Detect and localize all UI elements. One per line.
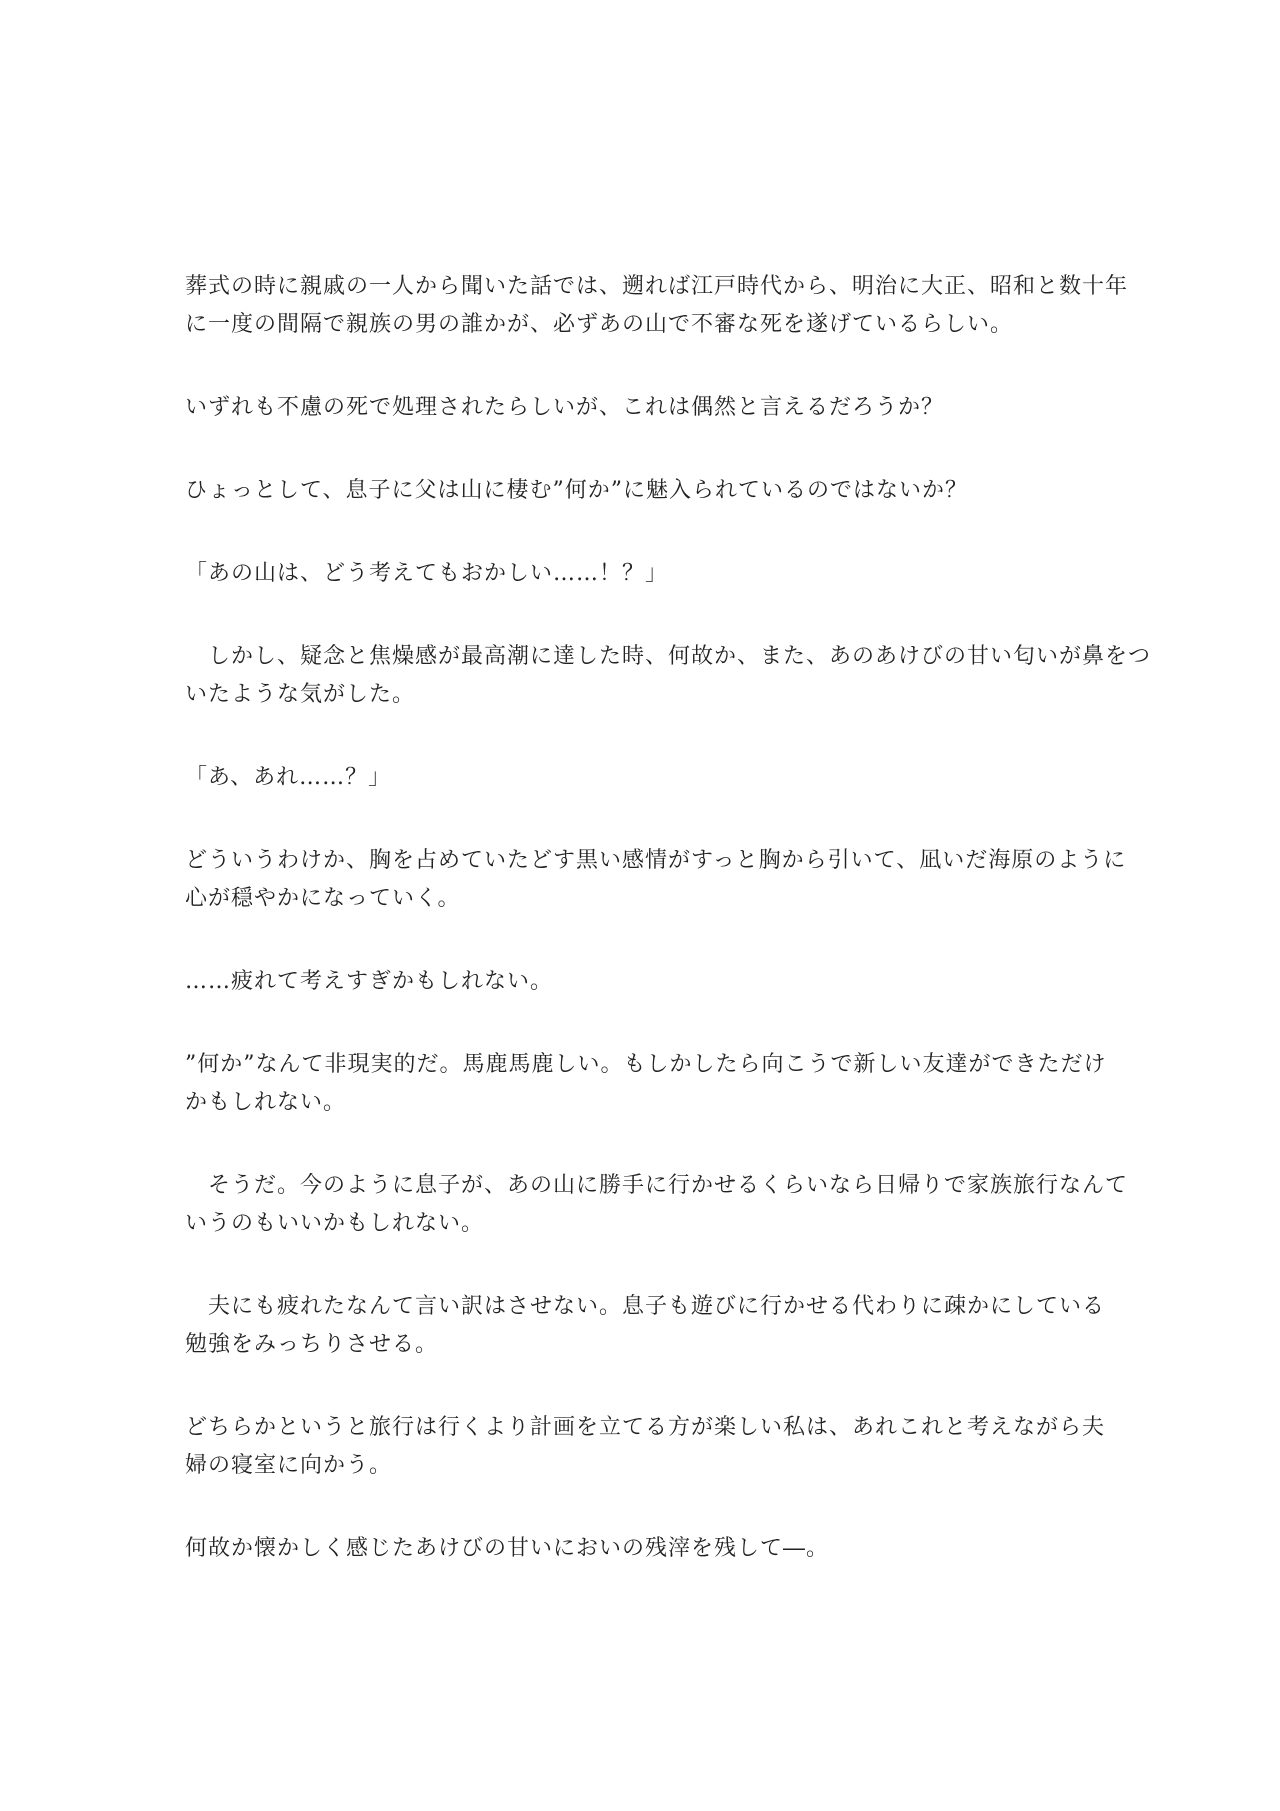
paragraph-8: ……疲れて考えすぎかもしれない。 xyxy=(185,963,1105,1001)
paragraph-2: いずれも不慮の死で処理されたらしいが、これは偶然と言えるだろうか？ xyxy=(185,389,1105,427)
dialogue-line: 「あ、あれ……？」 xyxy=(185,759,1105,797)
paragraph-gap xyxy=(185,427,1105,472)
body-text: 葬式の時に親戚の一人から聞いた話では、遡れば江戸時代から、明治に大正、昭和と数十… xyxy=(185,268,1105,1568)
text-line: に一度の間隔で親族の男の誰かが、必ずあの山で不審な死を遂げているらしい。 xyxy=(185,306,1105,344)
paragraph-7: どういうわけか、胸を占めていたどす黒い感情がすっと胸から引いて、凪いだ海原のよう… xyxy=(185,842,1105,918)
paragraph-gap xyxy=(185,797,1105,842)
text-line: いずれも不慮の死で処理されたらしいが、これは偶然と言えるだろうか？ xyxy=(185,389,1105,427)
text-line: 勉強をみっちりさせる。 xyxy=(185,1326,1105,1364)
paragraph-gap xyxy=(185,1243,1105,1288)
paragraph-gap xyxy=(185,1122,1105,1167)
paragraph-gap xyxy=(185,1001,1105,1046)
paragraph-gap xyxy=(185,714,1105,759)
paragraph-9: ”何か”なんて非現実的だ。馬鹿馬鹿しい。もしかしたら向こうで新しい友達ができただ… xyxy=(185,1046,1105,1122)
paragraph-1: 葬式の時に親戚の一人から聞いた話では、遡れば江戸時代から、明治に大正、昭和と数十… xyxy=(185,268,1105,344)
text-line: しかし、疑念と焦燥感が最高潮に達した時、何故か、また、あのあけびの甘い匂いが鼻を… xyxy=(185,638,1105,676)
paragraph-4: 「あの山は、どう考えてもおかしい……！？」 xyxy=(185,555,1105,593)
text-line: どちらかというと旅行は行くより計画を立てる方が楽しい私は、あれこれと考えながら夫 xyxy=(185,1409,1105,1447)
paragraph-13: 何故か懐かしく感じたあけびの甘いにおいの残滓を残して―。 xyxy=(185,1530,1105,1568)
text-line: 心が穏やかになっていく。 xyxy=(185,880,1105,918)
text-line: ……疲れて考えすぎかもしれない。 xyxy=(185,963,1105,1001)
text-line: かもしれない。 xyxy=(185,1084,1105,1122)
document-page: 葬式の時に親戚の一人から聞いた話では、遡れば江戸時代から、明治に大正、昭和と数十… xyxy=(0,0,1280,1811)
text-line: どういうわけか、胸を占めていたどす黒い感情がすっと胸から引いて、凪いだ海原のよう… xyxy=(185,842,1105,880)
paragraph-12: どちらかというと旅行は行くより計画を立てる方が楽しい私は、あれこれと考えながら夫… xyxy=(185,1409,1105,1485)
text-line: 夫にも疲れたなんて言い訳はさせない。息子も遊びに行かせる代わりに疎かにしている xyxy=(185,1288,1105,1326)
text-line: 何故か懐かしく感じたあけびの甘いにおいの残滓を残して―。 xyxy=(185,1530,1105,1568)
text-line: いうのもいいかもしれない。 xyxy=(185,1205,1105,1243)
paragraph-gap xyxy=(185,1364,1105,1409)
dialogue-line: 「あの山は、どう考えてもおかしい……！？」 xyxy=(185,555,1105,593)
text-line: そうだ。今のように息子が、あの山に勝手に行かせるくらいなら日帰りで家族旅行なんて xyxy=(185,1167,1105,1205)
paragraph-gap xyxy=(185,344,1105,389)
text-line: 葬式の時に親戚の一人から聞いた話では、遡れば江戸時代から、明治に大正、昭和と数十… xyxy=(185,268,1105,306)
text-line: ひょっとして、息子に父は山に棲む”何か”に魅入られているのではないか？ xyxy=(185,472,1105,510)
paragraph-gap xyxy=(185,918,1105,963)
paragraph-6: 「あ、あれ……？」 xyxy=(185,759,1105,797)
paragraph-gap xyxy=(185,1485,1105,1530)
text-line: 婦の寝室に向かう。 xyxy=(185,1447,1105,1485)
text-line: ”何か”なんて非現実的だ。馬鹿馬鹿しい。もしかしたら向こうで新しい友達ができただ… xyxy=(185,1046,1105,1084)
paragraph-3: ひょっとして、息子に父は山に棲む”何か”に魅入られているのではないか？ xyxy=(185,472,1105,510)
paragraph-10: そうだ。今のように息子が、あの山に勝手に行かせるくらいなら日帰りで家族旅行なんて… xyxy=(185,1167,1105,1243)
paragraph-gap xyxy=(185,510,1105,555)
paragraph-5: しかし、疑念と焦燥感が最高潮に達した時、何故か、また、あのあけびの甘い匂いが鼻を… xyxy=(185,638,1105,714)
paragraph-gap xyxy=(185,593,1105,638)
paragraph-11: 夫にも疲れたなんて言い訳はさせない。息子も遊びに行かせる代わりに疎かにしている … xyxy=(185,1288,1105,1364)
text-line: いたような気がした。 xyxy=(185,676,1105,714)
